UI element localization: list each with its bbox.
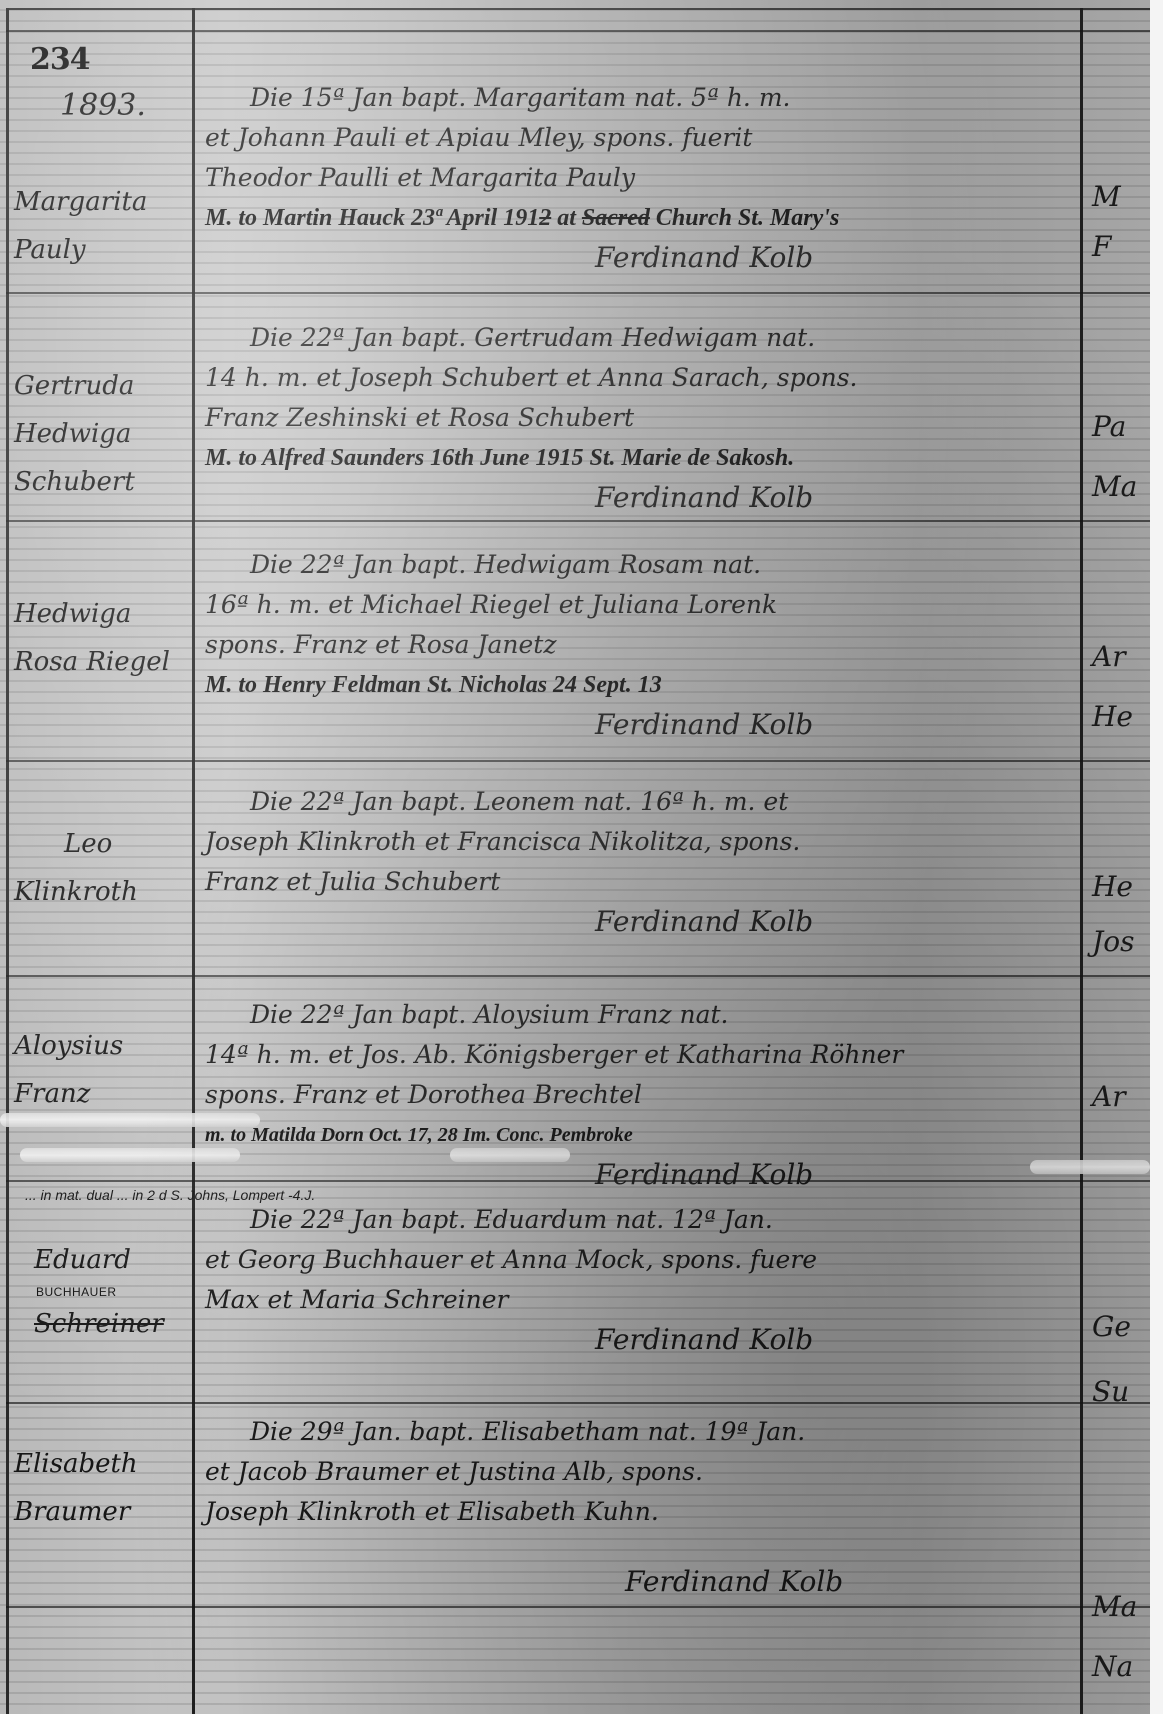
rule xyxy=(6,1402,1150,1404)
entry-line: Franz Zeshinski et Rosa Schubert xyxy=(205,398,1065,438)
entry-line: spons. Franz et Rosa Janetz xyxy=(205,625,1065,665)
priest-signature: Ferdinand Kolb xyxy=(205,1562,1065,1602)
priest-signature: Ferdinand Kolb xyxy=(205,238,1065,278)
baptism-entry: Die 22ª Jan bapt. Eduardum nat. 12ª Jan.… xyxy=(205,1200,1065,1360)
entry-line: et Johann Pauli et Apiau Mley, spons. fu… xyxy=(205,118,1065,158)
child-name: Elisabeth Braumer xyxy=(14,1440,190,1536)
entry-line: Die 22ª Jan bapt. Aloysium Franz nat. xyxy=(205,995,1065,1035)
adjacent-page-fragment: Ar xyxy=(1092,640,1126,673)
baptism-entry: Die 15ª Jan bapt. Margaritam nat. 5ª h. … xyxy=(205,78,1065,278)
adjacent-page-fragment: Ma xyxy=(1092,1590,1137,1623)
given-name: Leo xyxy=(64,829,112,859)
rule xyxy=(6,520,1150,522)
surname-struck: Schreiner xyxy=(34,1309,164,1339)
entry-line: Joseph Klinkroth et Elisabeth Kuhn. xyxy=(205,1492,1065,1532)
adjacent-page-fragment: Pa xyxy=(1092,410,1126,443)
rule xyxy=(6,30,1150,32)
child-name: Gertruda Hedwiga Schubert xyxy=(14,362,190,506)
rule xyxy=(6,1606,1150,1608)
child-name: Leo Klinkroth xyxy=(14,820,190,916)
surname: Pauly xyxy=(14,235,86,265)
entry-line: et Georg Buchhauer et Anna Mock, spons. … xyxy=(205,1240,1065,1280)
adjacent-page-fragment: M xyxy=(1092,180,1121,213)
given-name: Margarita xyxy=(14,187,147,217)
name-column-rule xyxy=(192,8,195,1714)
rule xyxy=(6,760,1150,762)
surname: Hedwiga Schubert xyxy=(14,419,135,497)
entry-line: Max et Maria Schreiner xyxy=(205,1280,1065,1320)
child-name: Aloysius Franz xyxy=(14,1022,190,1118)
surname: Klinkroth xyxy=(14,877,138,907)
entry-line: 16ª h. m. et Michael Riegel et Juliana L… xyxy=(205,585,1065,625)
given-name: Aloysius xyxy=(14,1031,123,1061)
entry-line: Franz et Julia Schubert xyxy=(205,862,1065,902)
priest-signature: Ferdinand Kolb xyxy=(205,705,1065,745)
tape-repair xyxy=(450,1148,570,1162)
adjacent-page-fragment: Jos xyxy=(1092,925,1134,958)
given-name: Gertruda xyxy=(14,371,134,401)
adjacent-page-fragment: Ma xyxy=(1092,470,1137,503)
surname: Rosa Riegel xyxy=(14,647,170,677)
marriage-annotation: m. to Matilda Dorn Oct. 17, 28 Im. Conc.… xyxy=(205,1115,1065,1155)
priest-signature: Ferdinand Kolb xyxy=(205,478,1065,518)
top-border xyxy=(6,8,1150,10)
baptism-entry: Die 22ª Jan bapt. Leonem nat. 16ª h. m. … xyxy=(205,782,1065,942)
surname: Braumer xyxy=(14,1497,130,1527)
given-name: Hedwiga xyxy=(14,599,131,629)
child-name: Hedwiga Rosa Riegel xyxy=(14,590,190,686)
entry-line: et Jacob Braumer et Justina Alb, spons. xyxy=(205,1452,1065,1492)
entry-line: 14ª h. m. et Jos. Ab. Königsberger et Ka… xyxy=(205,1035,1065,1075)
left-border xyxy=(6,8,9,1714)
scan-edge xyxy=(1150,0,1163,1714)
adjacent-page-fragment: Ge xyxy=(1092,1310,1131,1343)
tape-repair xyxy=(0,1113,260,1127)
given-name: Elisabeth xyxy=(14,1449,138,1479)
adjacent-page-fragment: He xyxy=(1092,870,1133,903)
surname-correction: BUCHHAUER xyxy=(36,1284,190,1300)
surname: Franz xyxy=(14,1079,90,1109)
rule xyxy=(6,292,1150,294)
priest-signature: Ferdinand Kolb xyxy=(205,1320,1065,1360)
entry-line: spons. Franz et Dorothea Brechtel xyxy=(205,1075,1065,1115)
entry-line: Theodor Paulli et Margarita Pauly xyxy=(205,158,1065,198)
baptism-entry: Die 22ª Jan bapt. Hedwigam Rosam nat. 16… xyxy=(205,545,1065,745)
entry-line: Die 22ª Jan bapt. Gertrudam Hedwigam nat… xyxy=(205,318,1065,358)
priest-signature: Ferdinand Kolb xyxy=(205,1155,1065,1195)
tape-repair xyxy=(1030,1160,1150,1174)
adjacent-page-fragment: He xyxy=(1092,700,1133,733)
child-name: Margarita Pauly xyxy=(14,178,190,274)
register-page: 234 1893. Margarita Pauly Die 15ª Jan ba… xyxy=(0,0,1150,1714)
adjacent-page-fragment: Su xyxy=(1092,1375,1129,1408)
entry-line: Die 22ª Jan bapt. Hedwigam Rosam nat. xyxy=(205,545,1065,585)
entry-line: Die 15ª Jan bapt. Margaritam nat. 5ª h. … xyxy=(205,78,1065,118)
baptism-entry: Die 22ª Jan bapt. Gertrudam Hedwigam nat… xyxy=(205,318,1065,518)
given-name: Eduard xyxy=(34,1245,131,1275)
right-column-rule xyxy=(1080,8,1083,1714)
marriage-annotation: M. to Henry Feldman St. Nicholas 24 Sept… xyxy=(205,665,1065,705)
marriage-annotation: M. to Martin Hauck 23ª April 1912 at Sac… xyxy=(205,198,1065,238)
entry-line: Die 29ª Jan. bapt. Elisabetham nat. 19ª … xyxy=(205,1412,1065,1452)
adjacent-page-fragment: Na xyxy=(1092,1650,1133,1683)
baptism-entry: Die 29ª Jan. bapt. Elisabetham nat. 19ª … xyxy=(205,1412,1065,1602)
tape-repair xyxy=(20,1148,240,1162)
entry-line: Joseph Klinkroth et Francisca Nikolitza,… xyxy=(205,822,1065,862)
entry-line: Die 22ª Jan bapt. Eduardum nat. 12ª Jan. xyxy=(205,1200,1065,1240)
entry-line: 14 h. m. et Joseph Schubert et Anna Sara… xyxy=(205,358,1065,398)
baptism-entry: Die 22ª Jan bapt. Aloysium Franz nat. 14… xyxy=(205,995,1065,1195)
page-number: 234 xyxy=(30,42,90,77)
adjacent-page-fragment: F xyxy=(1092,230,1111,263)
entry-line: Die 22ª Jan bapt. Leonem nat. 16ª h. m. … xyxy=(205,782,1065,822)
priest-signature: Ferdinand Kolb xyxy=(205,902,1065,942)
rule xyxy=(6,975,1150,977)
child-name: Eduard BUCHHAUER Schreiner xyxy=(14,1236,190,1348)
marriage-annotation: M. to Alfred Saunders 16th June 1915 St.… xyxy=(205,438,1065,478)
adjacent-page-fragment: Ar xyxy=(1092,1080,1126,1113)
year-mark: 1893. xyxy=(60,88,146,123)
